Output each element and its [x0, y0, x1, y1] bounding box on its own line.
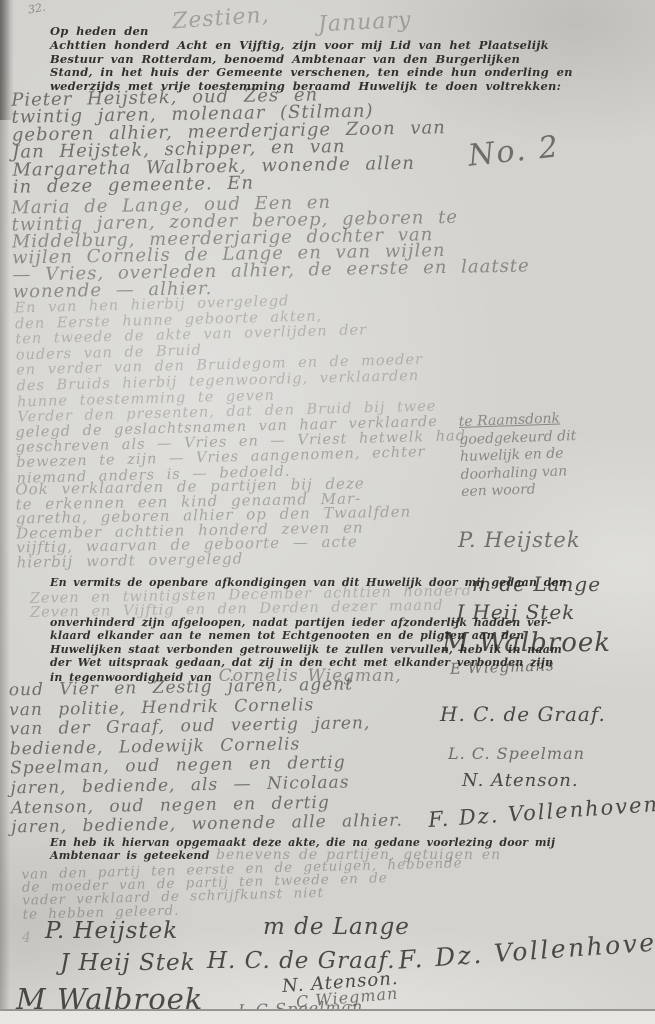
handwritten-recognition-block: Ook verklaarden de partijen bij deze te …: [15, 476, 412, 570]
act-number: No. 2: [466, 129, 561, 173]
scan-bottom-edge: [0, 1009, 655, 1024]
printed-line: onverhinderd zijn afgeloopen, nadat part…: [50, 616, 460, 629]
handwritten-closing-block: van den partij ten eerste en de getuigen…: [21, 857, 463, 921]
margin-signature: N. Atenson.: [462, 770, 579, 791]
margin-signature: m de Lange: [472, 572, 601, 596]
bottom-signature: P. Heijstek: [45, 918, 178, 944]
printed-line: Bestuur van Rotterdam, benoemd Ambtenaar…: [50, 53, 460, 67]
printed-closing-text: Ambtenaar is geteekend: [50, 849, 210, 862]
hw-line: in deze gemeente. En: [13, 171, 447, 196]
printed-line: Huwelijken staat verbonden getrouwelijk …: [50, 643, 460, 656]
margin-signature: F. Dz. Vollenhoven: [427, 792, 655, 832]
printed-line: Stand, in het huis der Gemeente verschen…: [50, 66, 460, 80]
margin-signature: J Heij Stek: [456, 600, 575, 624]
page-side-mark: 4: [22, 930, 31, 946]
handwritten-witnesses-block: oud Vier en Zestig jaren, agent van poli…: [9, 675, 403, 839]
margin-signature: E Wiegmans: [450, 656, 555, 678]
margin-signature: H. C. de Graaf.: [440, 702, 606, 726]
printed-line: Op heden den: [50, 25, 460, 39]
scanned-marriage-record: 32. 4 Zestien, January Op heden den Acht…: [0, 0, 655, 1024]
bottom-signature: F. Dz. Vollenhoven: [397, 926, 655, 974]
handwritten-groom-block: Pieter Heijstek, oud Zes en twintig jare…: [11, 84, 447, 196]
printed-line: Achttien honderd Acht en Vijftig, zijn v…: [50, 39, 460, 53]
margin-signature: M Walbroek: [442, 628, 611, 658]
bottom-signature: J Heij Stek: [60, 950, 196, 976]
hw-line: een woord: [461, 480, 578, 502]
margin-signature: P. Heijstek: [458, 528, 581, 552]
printed-opening-paragraph: Op heden den Achttien honderd Acht en Vi…: [50, 25, 460, 94]
margin-signature: L. C. Speelman: [448, 744, 585, 763]
margin-approval-note: te Raamsdonk goedgekeurd dit huwelijk en…: [459, 410, 579, 502]
hw-line: jaren, bediende, wonende alle alhier.: [11, 812, 403, 838]
bottom-signature: m de Lange: [263, 914, 410, 940]
handwritten-bride-block: Maria de Lange, oud Een en twintig jaren…: [11, 191, 530, 301]
handwritten-consent-block: En van hen hierbij overgelegd den Eerste…: [14, 291, 436, 427]
scan-left-edge-shadow: [0, 0, 10, 1024]
printed-line: klaard elkander aan te nemen tot Echtgen…: [50, 629, 460, 642]
page-corner-mark: 32.: [27, 1, 46, 17]
hw-line: hierbij wordt overgelegd: [17, 549, 413, 570]
